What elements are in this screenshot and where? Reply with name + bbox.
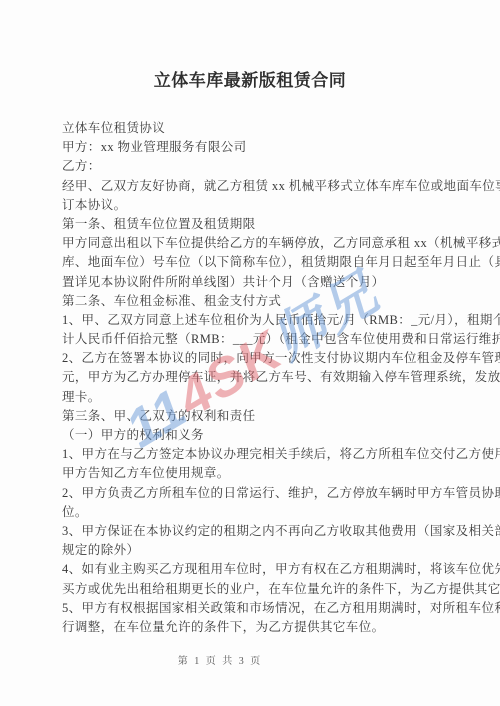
text-line: 库、地面车位）号车位（以下简称车位），租赁期限自年月日起至年月日止（具体位 [62,253,444,272]
text-line: 经甲、乙双方友好协商，就乙方租赁 xx 机械平移式立体车库车位或地面车位事宜，签 [62,177,444,196]
text-line: 行调整，在车位量允许的条件下，为乙方提供其它车位。 [62,618,444,637]
document-body: 立体车位租赁协议 甲方：xx 物业管理服务有限公司 乙方： 经甲、乙双方友好协商… [62,119,444,637]
page-number-footer: 第 1 页 共 3 页 [0,652,440,667]
text-line: 位。 [62,503,444,522]
text-line: 甲方同意出租以下车位提供给乙方的车辆停放，乙方同意承租 xx（机械平移式立体车 [62,234,444,253]
text-line: 1、甲、乙双方同意上述车位租价为人民币佰拾元/月（RMB：_元/月），租期个月，… [62,311,444,330]
text-line: 订本协议。 [62,196,444,215]
text-line: 第一条、租赁车位位置及租赁期限 [62,215,444,234]
text-line: 买方或优先出租给租期更长的业户，在车位量允许的条件下，为乙方提供其它车位。 [62,580,444,599]
text-line: 2、乙方在签署本协议的同时，向甲方一次性支付协议期内车位租金及停车管理卡押金 [62,349,444,368]
text-line: 2、甲方负责乙方所租车位的日常运行、维护，乙方停放车辆时甲方车管员协助指挥入 [62,484,444,503]
text-line: 置详见本协议附件所附单线图）共计个月（含赠送个月） [62,273,444,292]
text-line: 计人民币仟佰拾元整（RMB：___元）（租金中包含车位使用费和日常运行维护费） [62,330,444,349]
contract-document-page: 114SK师兄 立体车库最新版租赁合同 立体车位租赁协议 甲方：xx 物业管理服… [0,0,500,706]
text-line: 第三条、甲、乙双方的权利和责任 [62,407,444,426]
text-line: 乙方： [62,157,444,176]
text-line: 甲方告知乙方车位使用规章。 [62,464,444,483]
text-line: 元，甲方为乙方办理停车证，并将乙方车号、有效期输入停车管理系统，发放停车管 [62,368,444,387]
text-line: （一）甲方的权利和义务 [62,426,444,445]
text-line: 1、甲方在与乙方签定本协议办理完相关手续后，将乙方所租车位交付乙方使用，并由 [62,445,444,464]
document-title: 立体车库最新版租赁合同 [0,66,500,91]
text-line: 4、如有业主购买乙方现租用车位时，甲方有权在乙方租期满时，将该车位优先卖给购 [62,560,444,579]
text-line: 第二条、车位租金标准、租金支付方式 [62,292,444,311]
text-line: 立体车位租赁协议 [62,119,444,138]
text-line: 5、甲方有权根据国家相关政策和市场情况，在乙方租用期满时，对所租车位和租金进 [62,599,444,618]
text-line: 甲方：xx 物业管理服务有限公司 [62,138,444,157]
text-line: 理卡。 [62,388,444,407]
text-line: 3、甲方保证在本协议约定的租期之内不再向乙方收取其他费用（国家及相关部门另行 [62,522,444,541]
text-line: 规定的除外） [62,541,444,560]
